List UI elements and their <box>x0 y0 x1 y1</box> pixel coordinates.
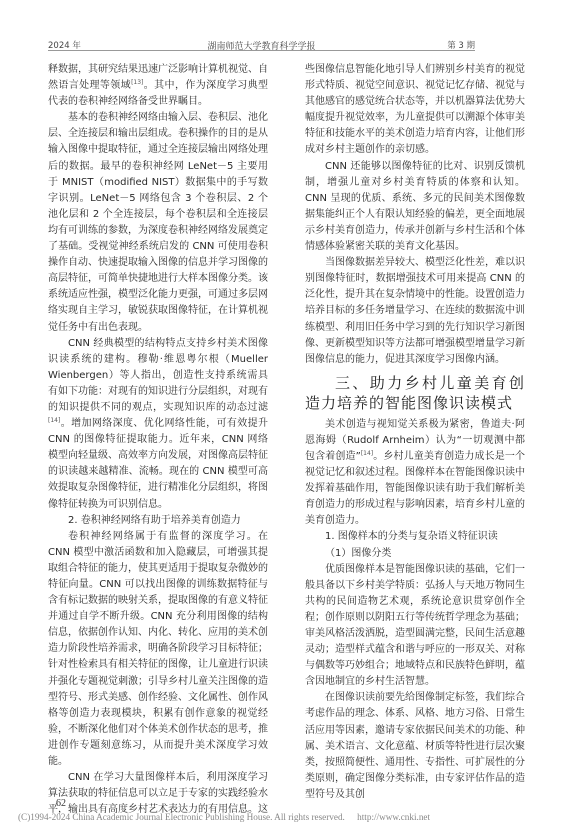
paragraph: 基本的卷积神经网络由输入层、卷积层、池化层、全连接层和输出层组成。卷积操作的目的… <box>48 110 268 335</box>
paragraph: 些图像信息智能化地引导人们辨别乡村美育的视觉形式特质、视觉空间意识、视觉记忆存储… <box>305 62 525 159</box>
subsection-heading: 1. 图像样本的分类与复杂语义特征识读 <box>305 529 525 545</box>
paragraph: CNN 还能够以图像特征的比对、识别反馈机制，增强儿童对乡村美育特质的体察和认知… <box>305 159 525 256</box>
paragraph: 释数据，其研究结果迅速广泛影响计算机视觉、自然语言处理等领域[13]。其中，作为… <box>48 62 268 110</box>
paragraph-text: CNN 经典模型的结构特点支持乡村美术图像识读系统的建构。穆勒·维恩粤尔根（Mu… <box>48 338 268 413</box>
paragraph: 卷积神经网络属于有监督的深度学习。在 CNN 模型中激活函数和加入隐藏层，可增强… <box>48 529 268 770</box>
paragraph-text: 。乡村儿童美育创造力成长是一个视觉记忆和叙述过程。图像样本在智能图像识读中发挥着… <box>305 451 525 526</box>
copyright-footer: (C)1994-2024 China Academic Journal Elec… <box>18 812 578 822</box>
paragraph: CNN 经典模型的结构特点支持乡村美术图像识读系统的建构。穆勒·维恩粤尔根（Mu… <box>48 336 268 513</box>
right-column: 些图像信息智能化地引导人们辨别乡村美育的视觉形式特质、视觉空间意识、视觉记忆存储… <box>305 62 525 803</box>
paragraph: 美术创造与视知觉关系极为紧密，鲁道夫·阿恩海姆（Rudolf Arnheim）认… <box>305 417 525 530</box>
left-column: 释数据，其研究结果迅速广泛影响计算机视觉、自然语言处理等领域[13]。其中，作为… <box>48 62 268 818</box>
paragraph: 在图像识读前要先给图像制定标签，我们综合考虑作品的理念、体系、风格、地方习俗、日… <box>305 690 525 803</box>
citation-ref[interactable]: [14] <box>48 417 60 424</box>
subsection-heading: 2. 卷积神经网络有助于培养美育创造力 <box>48 513 268 529</box>
running-header: 2024 年 湖南师范大学教育科学学报 第 3 期 <box>48 37 475 51</box>
footer-link[interactable]: http://www.cnki.net <box>357 812 430 822</box>
subsubsection-heading: （1）图像分类 <box>305 546 525 562</box>
header-divider <box>48 50 475 51</box>
paragraph: 当图像数据差异较大、模型泛化性差，难以识别图像特征时，数据增强技术可用来提高 C… <box>305 255 525 368</box>
page-number: 62 <box>56 798 66 809</box>
citation-ref[interactable]: [13] <box>131 79 143 86</box>
paragraph-text: 。增加网络深度、优化网络性能，可有效提升 CNN 的图像特征提取能力。近年来，C… <box>48 418 268 509</box>
copyright-text: (C)1994-2024 China Academic Journal Elec… <box>18 812 345 822</box>
section-heading: 三、助力乡村儿童美育创造力培养的智能图像识读模式 <box>305 373 525 413</box>
paragraph: 优质图像样本是智能图像识读的基础，它们一般具备以下乡村美学特质：弘扬人与天地万物… <box>305 562 525 691</box>
citation-ref[interactable]: [14] <box>361 450 373 457</box>
